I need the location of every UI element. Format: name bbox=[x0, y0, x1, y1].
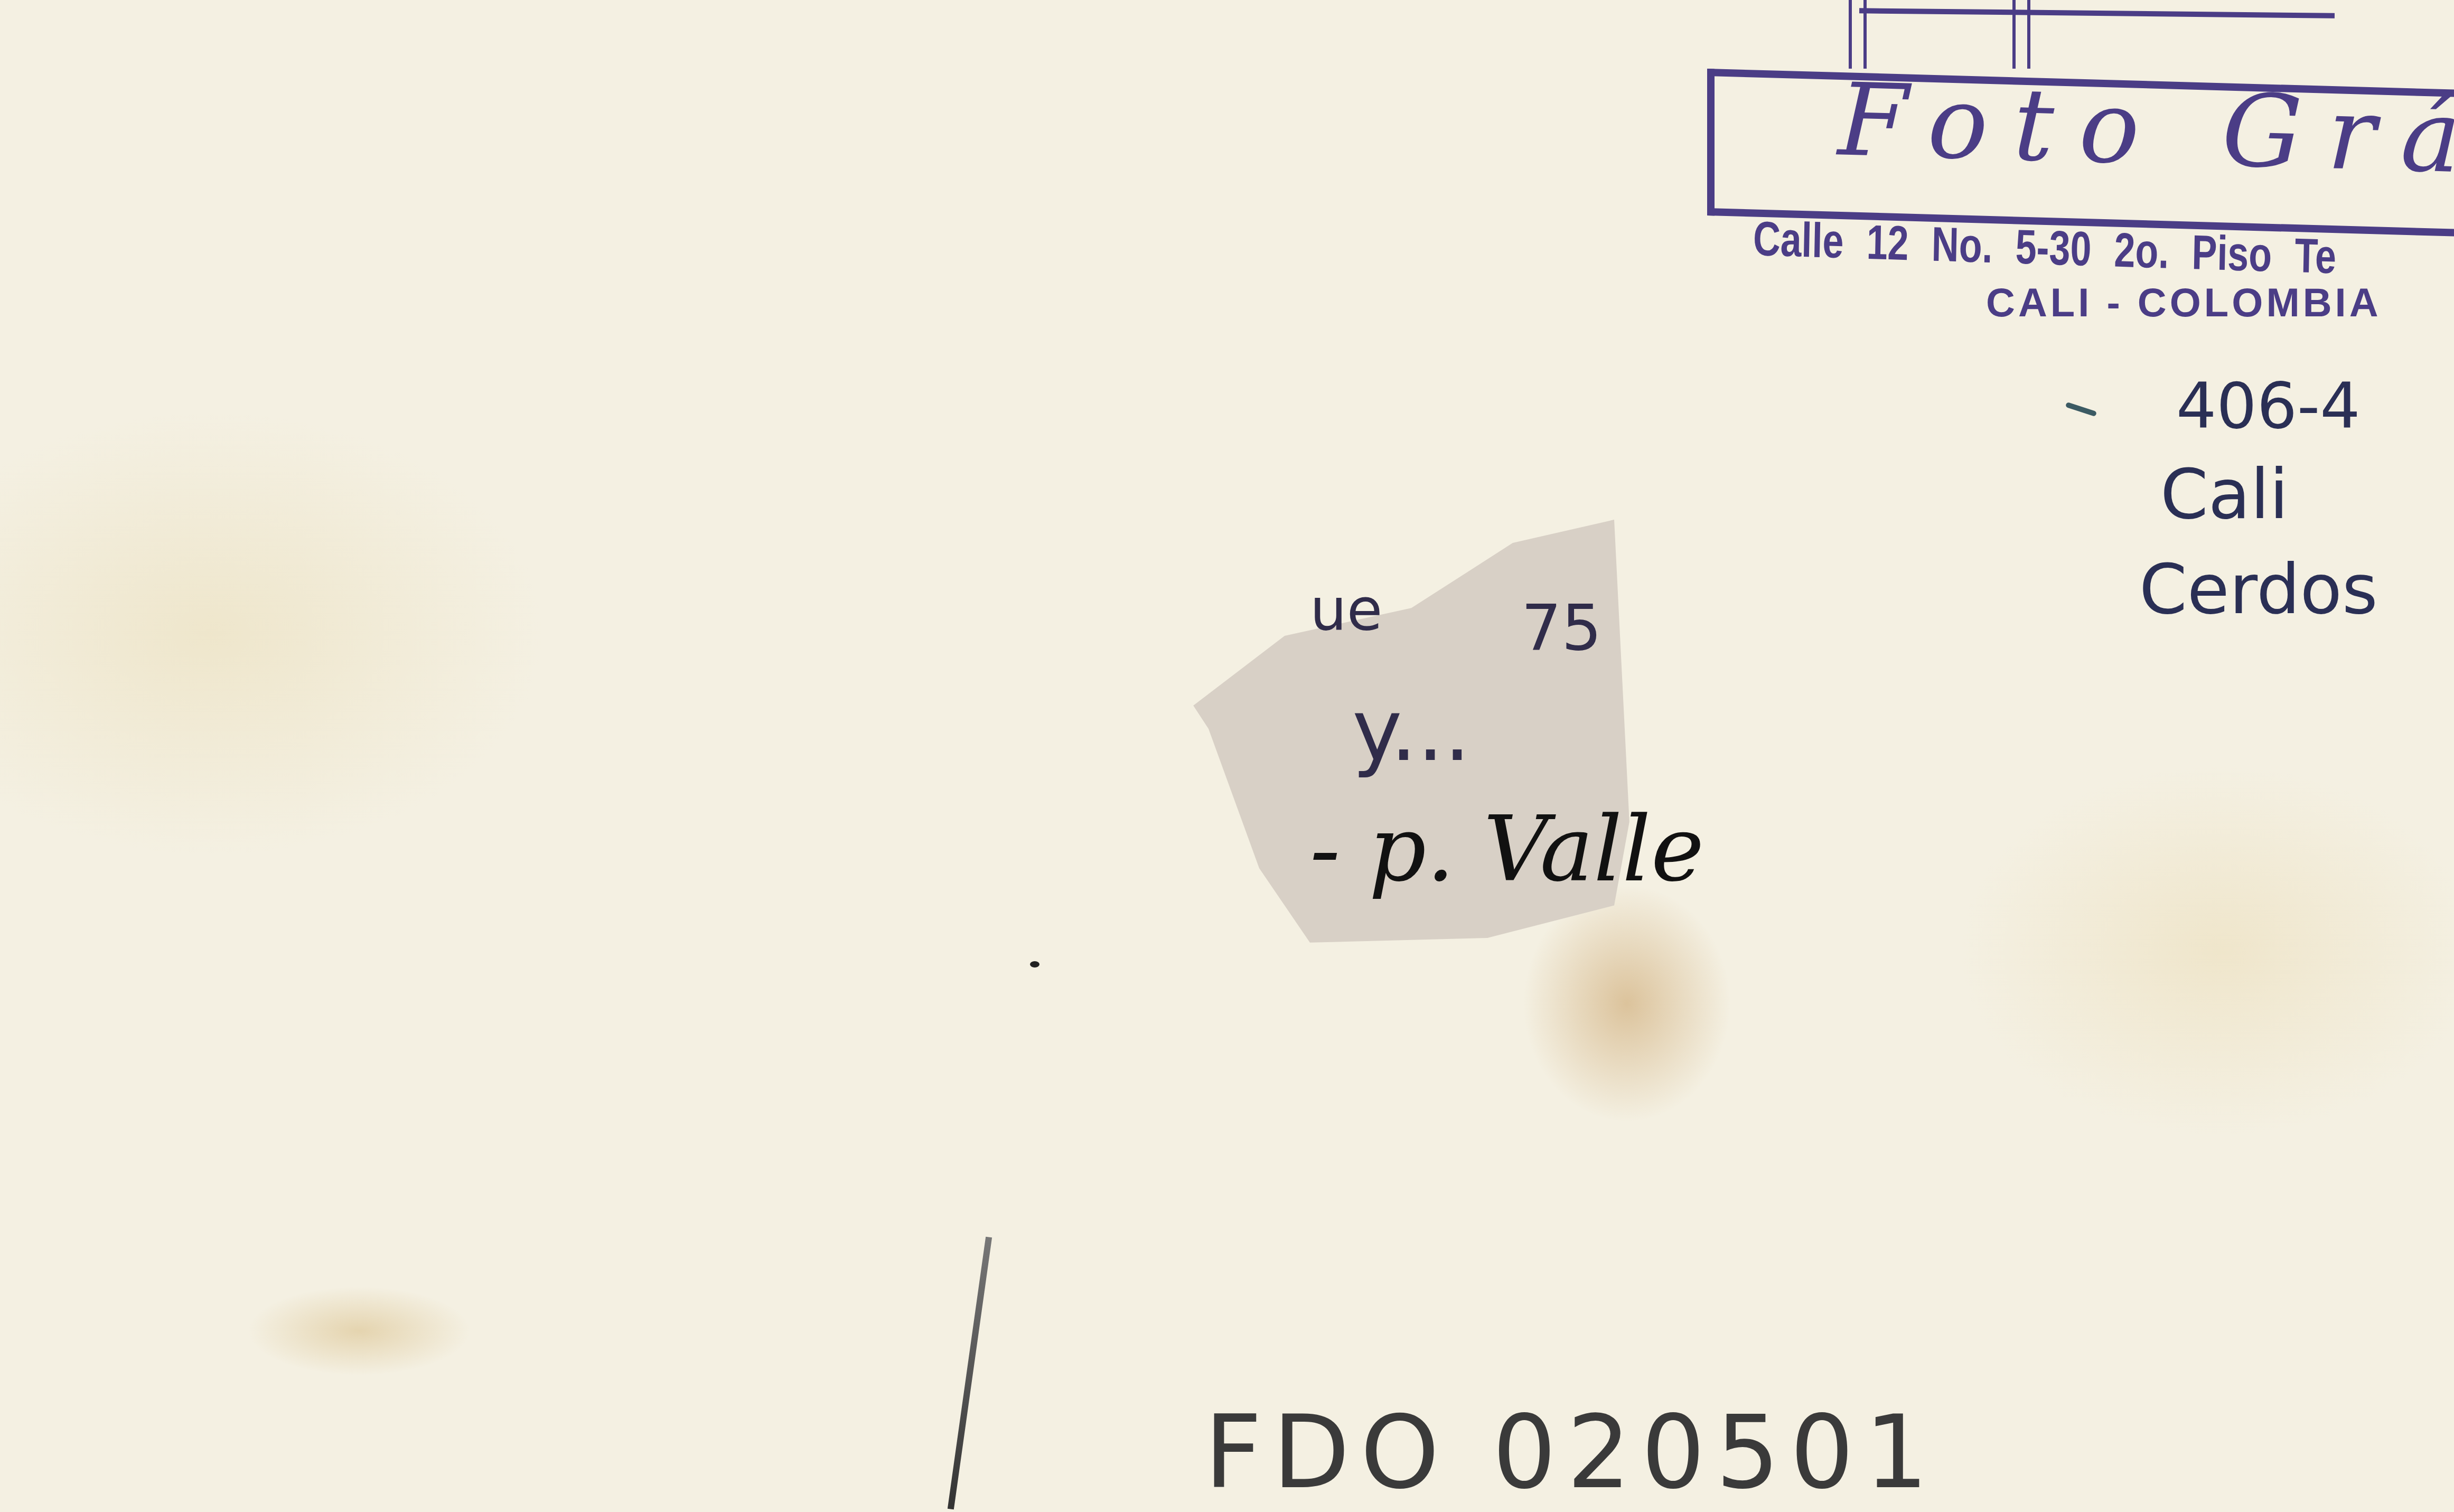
label-fragment-text: ue bbox=[1310, 576, 1382, 643]
studio-city: CALI - COLOMBIA bbox=[1986, 280, 2382, 326]
subject-note: Cerdos bbox=[2139, 549, 2378, 630]
stamp-frame-post bbox=[2012, 0, 2030, 69]
location-note: Cali bbox=[2160, 454, 2289, 534]
label-fragment-text-2: y... bbox=[1352, 681, 1470, 780]
label-year: 75 bbox=[1521, 591, 1602, 665]
reference-number: 406-4 bbox=[2176, 370, 2361, 443]
ink-dot bbox=[1030, 961, 1039, 968]
studio-name: Foto Gráf bbox=[1837, 61, 2454, 198]
stamp-frame-post bbox=[1849, 0, 1867, 69]
catalog-number: FDO 020501 bbox=[1204, 1394, 1939, 1511]
label-signature: - p. Valle bbox=[1310, 797, 1704, 902]
